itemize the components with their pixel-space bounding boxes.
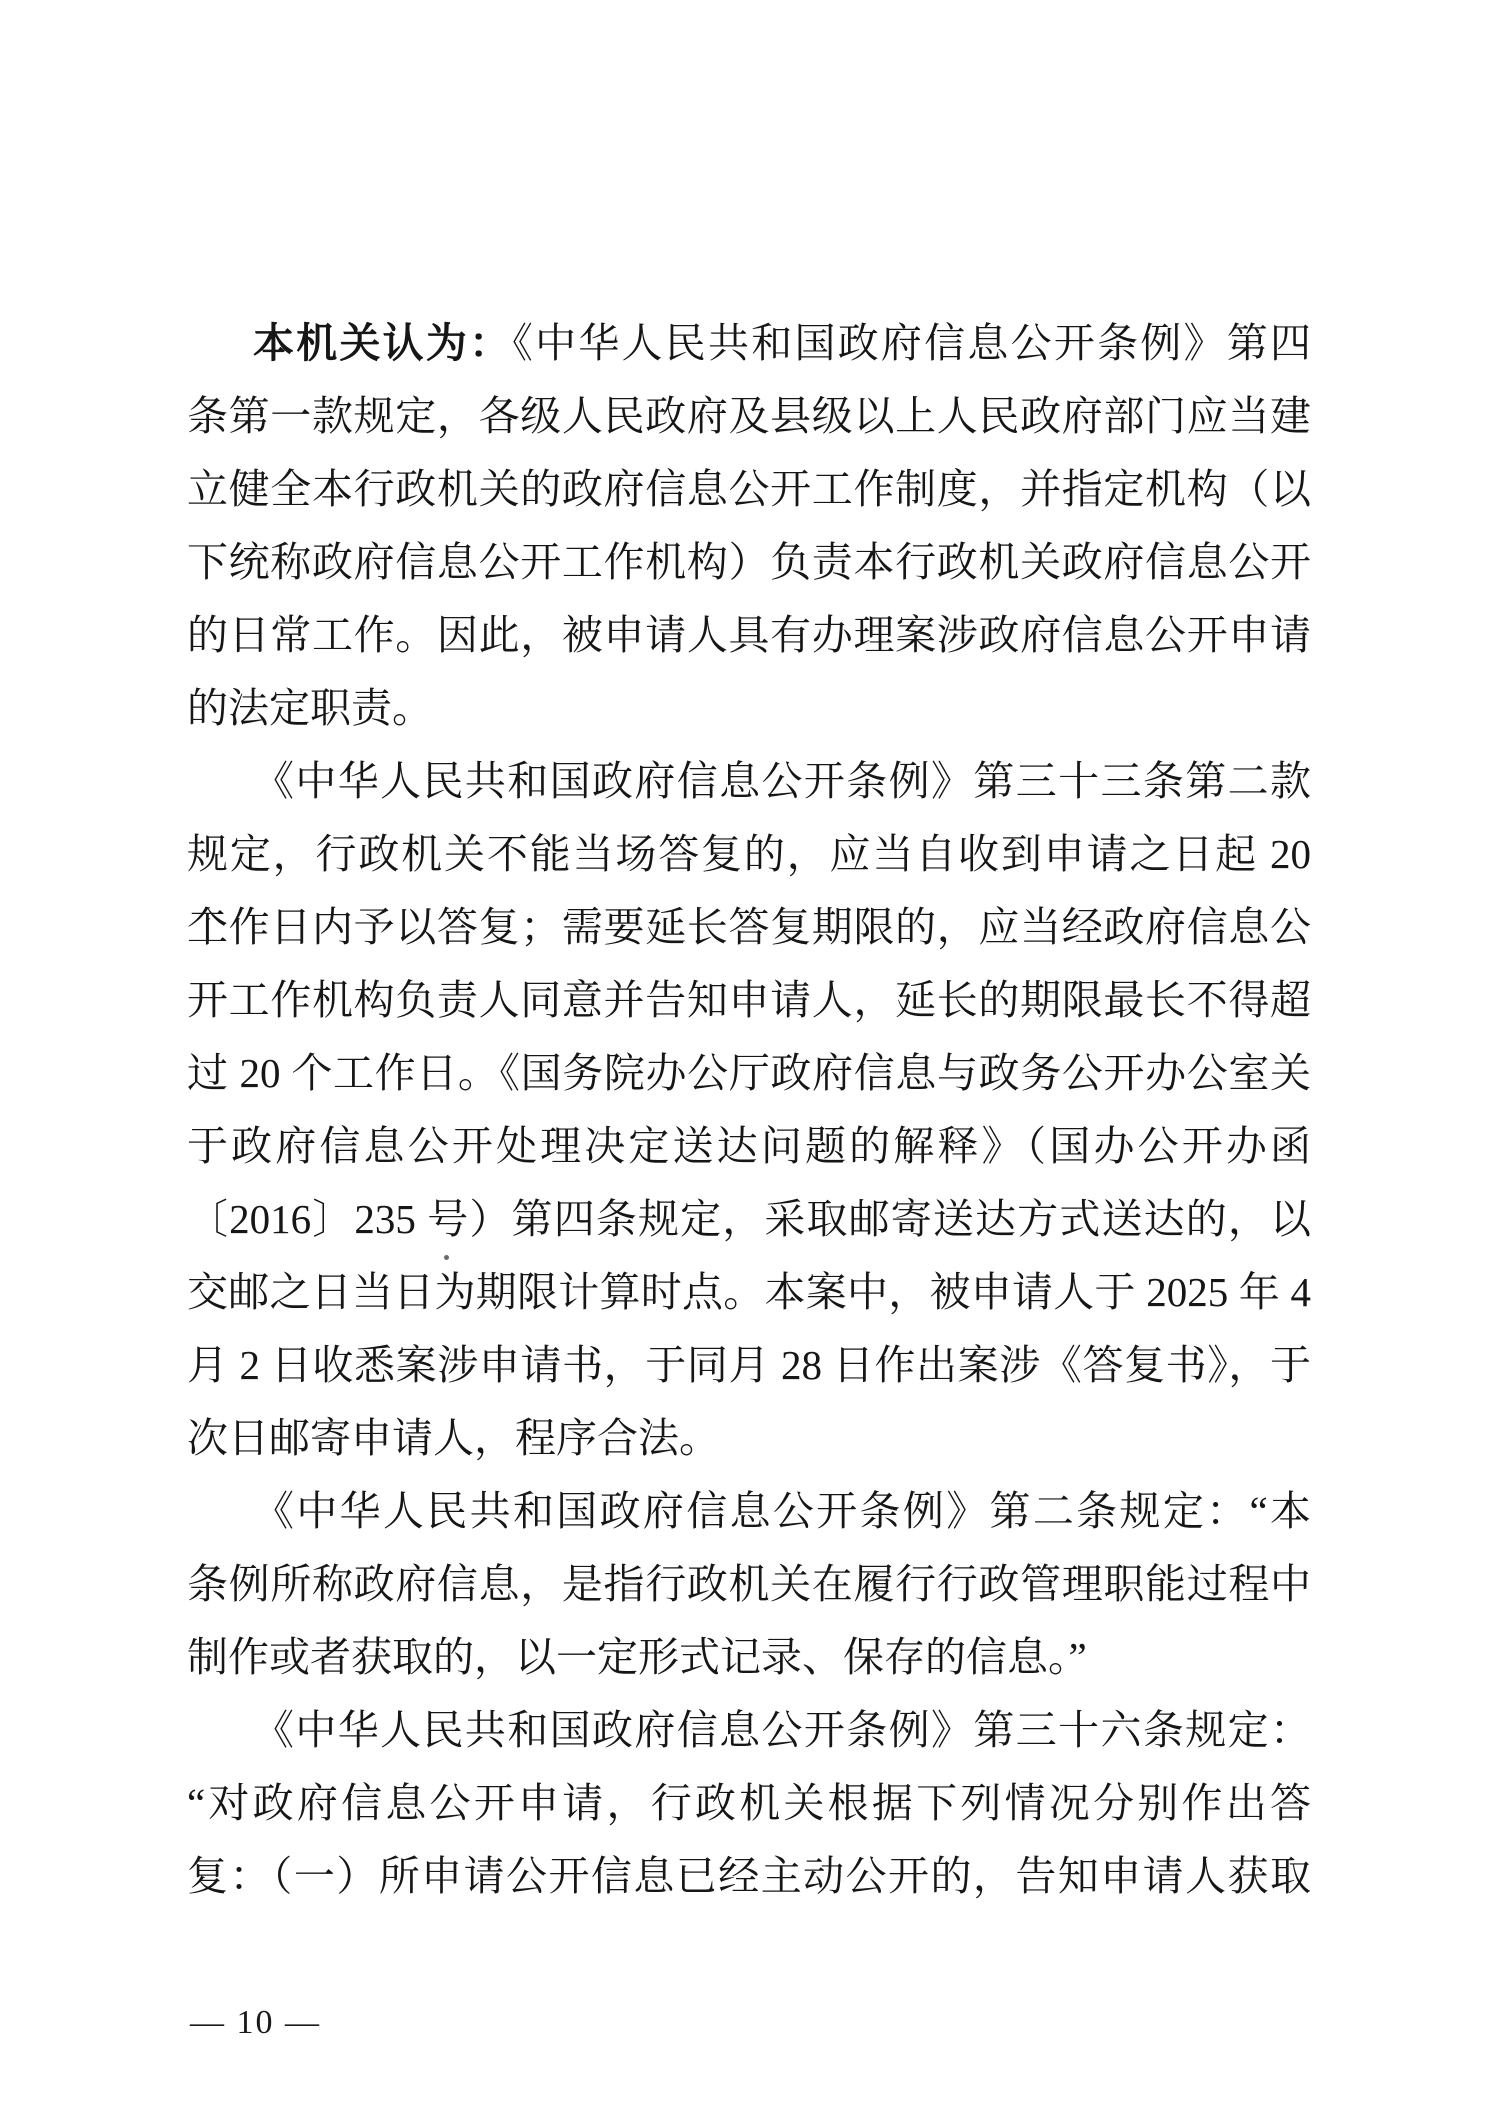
text-line: 规定，行政机关不能当场答复的，应当自收到申请之日起 20 个 [187, 818, 1311, 891]
document-body: 本机关认为：《中华人民共和国政府信息公开条例》第四 条第一款规定，各级人民政府及… [187, 307, 1311, 1913]
page-number: — 10 — [190, 2003, 321, 2043]
text-line: 月 2 日收悉案涉申请书，于同月 28 日作出案涉《答复书》，于 [187, 1329, 1311, 1402]
text-line: 下统称政府信息公开工作机构）负责本行政机关政府信息公开 [187, 526, 1311, 599]
text-line: 条例所称政府信息，是指行政机关在履行行政管理职能过程中 [187, 1548, 1311, 1621]
text-line: 复：（一）所申请公开信息已经主动公开的，告知申请人获取 [187, 1840, 1311, 1913]
text-line: 〔2016〕235 号）第四条规定，采取邮寄送达方式送达的，以 [187, 1183, 1311, 1256]
document-page: 本机关认为：《中华人民共和国政府信息公开条例》第四 条第一款规定，各级人民政府及… [0, 0, 1487, 2105]
text-line: 《中华人民共和国政府信息公开条例》第三十六条规定： [187, 1694, 1311, 1767]
text-line: 条第一款规定，各级人民政府及县级以上人民政府部门应当建 [187, 380, 1311, 453]
text-line: 开工作机构负责人同意并告知申请人，延长的期限最长不得超 [187, 964, 1311, 1037]
text-line: “对政府信息公开申请，行政机关根据下列情况分别作出答 [187, 1767, 1311, 1840]
text-line: 工作日内予以答复；需要延长答复期限的，应当经政府信息公 [187, 891, 1311, 964]
text-run: 《中华人民共和国政府信息公开条例》第四 [512, 320, 1311, 366]
text-line: 交邮之日当日为期限计算时点。本案中，被申请人于 2025 年 4 [187, 1256, 1311, 1329]
text-line: 过 20 个工作日。《国务院办公厅政府信息与政务公开办公室关 [187, 1037, 1311, 1110]
scan-noise-dot [444, 1255, 449, 1260]
text-line: 《中华人民共和国政府信息公开条例》第三十三条第二款 [187, 745, 1311, 818]
text-line: 立健全本行政机关的政府信息公开工作制度，并指定机构（以 [187, 453, 1311, 526]
text-line: 《中华人民共和国政府信息公开条例》第二条规定：“本 [187, 1475, 1311, 1548]
text-line: 于政府信息公开处理决定送达问题的解释》（国办公开办函 [187, 1110, 1311, 1183]
text-line: 次日邮寄申请人，程序合法。 [187, 1402, 1311, 1475]
text-line: 制作或者获取的，以一定形式记录、保存的信息。” [187, 1621, 1311, 1694]
text-line: 的日常工作。因此，被申请人具有办理案涉政府信息公开申请 [187, 599, 1311, 672]
paragraph-lead-bold: 本机关认为： [253, 320, 512, 366]
text-line: 本机关认为：《中华人民共和国政府信息公开条例》第四 [187, 307, 1311, 380]
text-line: 的法定职责。 [187, 672, 1311, 745]
